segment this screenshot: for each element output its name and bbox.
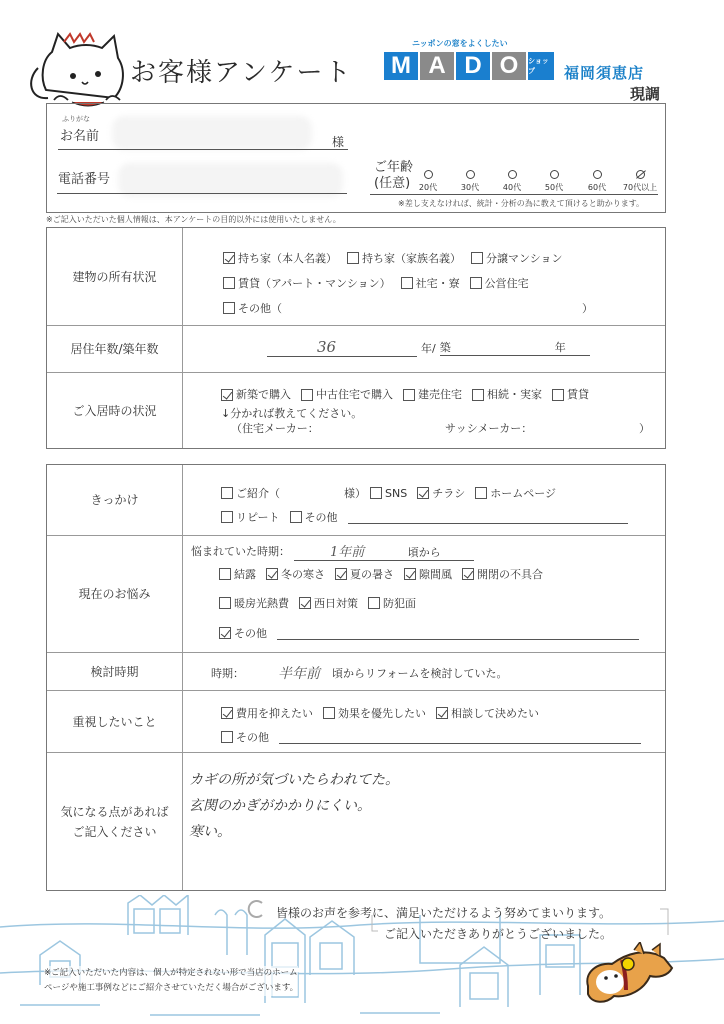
checkbox-checked-icon	[335, 568, 347, 580]
maker-close-paren: ）	[639, 421, 650, 436]
option-label: 賃貸（アパート・マンション）	[238, 275, 391, 291]
age-option-50s[interactable]: 50代	[534, 170, 574, 193]
brand-letter-a: A	[420, 52, 454, 80]
residence-years-value: 36	[317, 338, 336, 356]
checkbox-icon	[219, 568, 231, 580]
survey-stamp: 現調	[630, 83, 660, 104]
referral-suffix: 様）	[344, 485, 366, 501]
consider-prefix: 時期：	[211, 665, 244, 681]
option-heating-cost[interactable]: 暖房光熱費	[219, 595, 289, 611]
checkbox-icon	[290, 511, 302, 523]
row-ownership: 建物の所有状況 持ち家（本人名義） 持ち家（家族名義） 分譲マンション 賃貸（ア…	[47, 228, 665, 325]
option-label: 公営住宅	[485, 275, 529, 291]
brand-letter-m: M	[384, 52, 418, 80]
priority-label: 重視したいこと	[47, 691, 183, 752]
priority-other-field[interactable]	[279, 730, 641, 744]
row-consider: 検討時期 時期： 半年前 頃からリフォームを検討していた。	[47, 652, 665, 690]
checkbox-icon	[223, 302, 235, 314]
checkbox-icon	[471, 252, 483, 264]
option-label: ホームページ	[490, 485, 556, 501]
row-comments: 気になる点があれば ご記入ください カギの所が気づいたらわれてた。 玄関のかぎが…	[47, 752, 665, 890]
consider-label: 検討時期	[47, 653, 183, 690]
checkbox-icon	[223, 277, 235, 289]
row-years: 居住年数/築年数 36 年/ 築年	[47, 325, 665, 372]
checkbox-icon	[221, 731, 233, 743]
name-field[interactable]	[58, 149, 348, 150]
radio-icon	[466, 170, 475, 179]
option-condensation[interactable]: 結露	[219, 566, 256, 582]
radio-icon	[508, 170, 517, 179]
option-label: 費用を抑えたい	[236, 705, 313, 721]
option-label: 結露	[234, 566, 256, 582]
brand-shop-badge: ショップ	[528, 52, 554, 80]
consider-field: 時期： 半年前 頃からリフォームを検討していた。	[183, 653, 665, 690]
phone-label: 電話番号	[58, 168, 110, 187]
housing-table: 建物の所有状況 持ち家（本人名義） 持ち家（家族名義） 分譲マンション 賃貸（ア…	[46, 227, 666, 449]
concern-since-suffix: 頃から	[408, 546, 441, 559]
other-close-paren: ）	[582, 300, 593, 316]
option-label: 西日対策	[314, 595, 358, 611]
honorific-label: 様	[332, 133, 344, 150]
option-other[interactable]: その他（	[223, 300, 282, 316]
option-label: リピート	[236, 509, 280, 525]
age-option-label: 40代	[503, 183, 521, 192]
name-redaction	[112, 116, 312, 150]
brand-logo: M A D O ショップ	[384, 52, 554, 80]
option-homepage[interactable]: ホームページ	[475, 485, 556, 501]
age-option-30s[interactable]: 30代	[450, 170, 490, 193]
checkbox-icon	[323, 707, 335, 719]
option-public-housing[interactable]: 公営住宅	[470, 275, 529, 291]
brand-tagline: ニッポンの窓をよくしたい	[412, 38, 508, 49]
option-label: 社宅・寮	[416, 275, 460, 291]
option-effect-first[interactable]: 効果を優先したい	[323, 705, 426, 721]
option-consult[interactable]: 相談して決めたい	[436, 705, 539, 721]
option-label: その他	[234, 625, 267, 641]
checkbox-checked-icon	[221, 707, 233, 719]
sash-maker-label: サッシメーカー：	[445, 421, 635, 436]
option-label: 冬の寒さ	[281, 566, 325, 582]
radio-icon	[424, 170, 433, 179]
age-option-label: 70代以上	[623, 183, 657, 192]
checkbox-icon	[221, 511, 233, 523]
comments-label-line2: ご記入ください	[60, 822, 168, 842]
checkbox-checked-icon	[436, 707, 448, 719]
checkbox-checked-icon	[417, 487, 429, 499]
option-label: 持ち家（本人名義）	[238, 250, 337, 266]
concern-since-value: 1年前	[330, 545, 364, 560]
publication-note-line1: ※ご記入いただいた内容は、個人が特定されない形で当店のホーム	[44, 966, 298, 981]
consider-value[interactable]: 半年前	[278, 663, 328, 683]
option-priority-other[interactable]: その他	[221, 729, 269, 745]
ownership-options: 持ち家（本人名義） 持ち家（家族名義） 分譲マンション 賃貸（アパート・マンショ…	[183, 228, 665, 325]
option-label: 暖房光熱費	[234, 595, 289, 611]
checkbox-icon	[301, 389, 313, 401]
built-unit: 年	[555, 341, 566, 354]
brand-letter-d: D	[456, 52, 490, 80]
age-option-label: 20代	[419, 183, 437, 192]
checkbox-icon	[470, 277, 482, 289]
option-label: 建売住宅	[418, 387, 462, 402]
option-label: 賃貸	[567, 387, 589, 402]
trigger-label: きっかけ	[47, 465, 183, 535]
checkbox-icon	[403, 389, 415, 401]
publication-note: ※ご記入いただいた内容は、個人が特定されない形で当店のホーム ページや施工事例な…	[44, 966, 298, 996]
age-option-60s[interactable]: 60代	[577, 170, 617, 193]
option-condo[interactable]: 分譲マンション	[471, 250, 563, 266]
option-rental[interactable]: 賃貸（アパート・マンション）	[223, 275, 391, 291]
year-unit: 年/	[421, 340, 436, 356]
option-new-build[interactable]: 新築で購入	[221, 387, 291, 402]
checkbox-icon	[347, 252, 359, 264]
residence-years-field[interactable]: 36	[267, 338, 417, 357]
radio-icon	[593, 170, 602, 179]
phone-redaction	[118, 163, 343, 197]
cat-mascot-icon	[18, 28, 126, 110]
option-label: チラシ	[432, 485, 465, 501]
option-label: 隙間風	[419, 566, 452, 582]
option-referral[interactable]: ご紹介（	[221, 485, 280, 501]
concern-since-field[interactable]: 1年前 頃から	[294, 541, 474, 561]
radio-checked-icon	[636, 170, 645, 179]
comment-line: カギの所が気づいたらわれてた。	[189, 767, 665, 793]
checkbox-icon	[219, 597, 231, 609]
comment-line: 玄関のかぎがかかりにくい。	[189, 793, 665, 819]
option-label: 新築で購入	[236, 387, 291, 402]
option-opening-trouble[interactable]: 開閉の不具合	[462, 566, 543, 582]
age-underline	[370, 194, 658, 195]
option-rent[interactable]: 賃貸	[552, 387, 589, 402]
move-in-label: ご入居時の状況	[47, 373, 183, 448]
survey-table: きっかけ ご紹介（ 様） SNS チラシ ホームページ リピート その他 現在の…	[46, 464, 666, 891]
option-label: 防犯面	[383, 595, 416, 611]
option-label: 相談して決めたい	[451, 705, 539, 721]
trigger-other-field[interactable]	[348, 510, 628, 524]
thanks-message-line1: 皆様のお声を参考に、満足いただけるよう努めてまいります。	[276, 904, 611, 921]
option-label: 夏の暑さ	[350, 566, 394, 582]
option-ready-built[interactable]: 建売住宅	[403, 387, 462, 402]
checkbox-icon	[221, 487, 233, 499]
built-years-field[interactable]: 築年	[440, 339, 590, 356]
publication-note-line2: ページや施工事例などにご紹介させていただく場合がございます。	[44, 981, 298, 996]
option-summer-heat[interactable]: 夏の暑さ	[335, 566, 394, 582]
checkbox-checked-icon	[221, 389, 233, 401]
phone-field[interactable]	[57, 193, 347, 194]
checkbox-icon	[472, 389, 484, 401]
option-own-family[interactable]: 持ち家（家族名義）	[347, 250, 461, 266]
thanks-message-line2: ご記入いただきありがとうございました。	[384, 925, 612, 942]
row-move-in: ご入居時の状況 新築で購入 中古住宅で購入 建売住宅 相続・実家 賃貸 ↓分かれ…	[47, 372, 665, 448]
checkbox-icon	[368, 597, 380, 609]
age-note: ※差し支えなければ、統計・分析の為に教えて頂けると助かります。	[398, 198, 644, 209]
concerns-label: 現在のお悩み	[47, 536, 183, 652]
option-sns[interactable]: SNS	[370, 487, 407, 500]
move-in-options: 新築で購入 中古住宅で購入 建売住宅 相続・実家 賃貸 ↓分かれば教えてください…	[183, 373, 665, 448]
option-inherited[interactable]: 相続・実家	[472, 387, 542, 402]
option-security[interactable]: 防犯面	[368, 595, 416, 611]
concerns-options: 悩まれていた時期： 1年前 頃から 結露 冬の寒さ 夏の暑さ 隙間風 開閉の不具…	[183, 536, 665, 652]
checkbox-checked-icon	[404, 568, 416, 580]
option-concern-other[interactable]: その他	[219, 625, 267, 641]
age-option-label: 30代	[461, 183, 479, 192]
concern-since-label: 悩まれていた時期：	[191, 543, 290, 559]
years-fields: 36 年/ 築年	[183, 326, 665, 372]
option-label: 効果を優先したい	[338, 705, 426, 721]
name-label: お名前	[60, 125, 99, 144]
age-option-20s[interactable]: 20代	[408, 170, 448, 193]
years-label: 居住年数/築年数	[47, 326, 183, 372]
row-trigger: きっかけ ご紹介（ 様） SNS チラシ ホームページ リピート その他	[47, 465, 665, 535]
option-label: SNS	[385, 487, 407, 500]
age-option-70s-plus[interactable]: 70代以上	[618, 170, 662, 193]
option-repeat[interactable]: リピート	[221, 509, 280, 525]
option-label: ご紹介（	[236, 485, 280, 501]
age-option-label: 60代	[588, 183, 606, 192]
ownership-label: 建物の所有状況	[47, 228, 183, 325]
checkbox-checked-icon	[266, 568, 278, 580]
option-trigger-other[interactable]: その他	[290, 509, 338, 525]
row-concerns: 現在のお悩み 悩まれていた時期： 1年前 頃から 結露 冬の寒さ 夏の暑さ 隙間…	[47, 535, 665, 652]
checkbox-checked-icon	[223, 252, 235, 264]
option-label: 持ち家（家族名義）	[362, 250, 461, 266]
comments-label: 気になる点があれば ご記入ください	[47, 753, 183, 890]
option-west-sun[interactable]: 西日対策	[299, 595, 358, 611]
consider-suffix: 頃からリフォームを検討していた。	[332, 665, 507, 681]
comments-field[interactable]: カギの所が気づいたらわれてた。 玄関のかぎがかかりにくい。 寒い。	[183, 753, 665, 890]
page-title: お客様アンケート	[130, 52, 352, 89]
option-label: 中古住宅で購入	[316, 387, 393, 402]
trigger-options: ご紹介（ 様） SNS チラシ ホームページ リピート その他	[183, 465, 665, 535]
option-label: 分譲マンション	[486, 250, 563, 266]
option-label: その他	[236, 729, 269, 745]
option-label: 相続・実家	[487, 387, 542, 402]
maker-hint: ↓分かれば教えてください。	[221, 406, 665, 421]
age-option-label: 50代	[545, 183, 563, 192]
option-low-cost[interactable]: 費用を抑えたい	[221, 705, 313, 721]
age-option-40s[interactable]: 40代	[492, 170, 532, 193]
priority-options: 費用を抑えたい 効果を優先したい 相談して決めたい その他	[183, 691, 665, 752]
option-used-house[interactable]: 中古住宅で購入	[301, 387, 393, 402]
concern-other-field[interactable]	[277, 626, 639, 640]
option-own-self[interactable]: 持ち家（本人名義）	[223, 250, 337, 266]
row-priority: 重視したいこと 費用を抑えたい 効果を優先したい 相談して決めたい その他	[47, 690, 665, 752]
checkbox-icon	[475, 487, 487, 499]
option-label: その他	[305, 509, 338, 525]
comments-label-line1: 気になる点があれば	[60, 802, 168, 822]
checkbox-checked-icon	[299, 597, 311, 609]
checkbox-checked-icon	[462, 568, 474, 580]
house-maker-label: （住宅メーカー：	[231, 421, 441, 436]
checkbox-icon	[370, 487, 382, 499]
option-winter-cold[interactable]: 冬の寒さ	[266, 566, 325, 582]
privacy-note: ※ご記入いただいた個人情報は、本アンケートの目的以外には使用いたしません。	[46, 214, 341, 225]
option-label: 開閉の不具合	[477, 566, 543, 582]
built-prefix: 築	[440, 341, 451, 354]
radio-icon	[550, 170, 559, 179]
checkbox-icon	[552, 389, 564, 401]
shiba-dog-mascot-icon	[578, 942, 678, 1012]
store-name: 福岡須恵店	[564, 62, 644, 83]
brand-letter-o: O	[492, 52, 526, 80]
option-flyer[interactable]: チラシ	[417, 485, 465, 501]
checkbox-icon	[401, 277, 413, 289]
comment-line: 寒い。	[189, 819, 665, 845]
option-drafts[interactable]: 隙間風	[404, 566, 452, 582]
checkbox-checked-icon	[219, 627, 231, 639]
furigana-label: ふりがな	[62, 114, 90, 124]
option-label: その他（	[238, 300, 282, 316]
option-company-housing[interactable]: 社宅・寮	[401, 275, 460, 291]
